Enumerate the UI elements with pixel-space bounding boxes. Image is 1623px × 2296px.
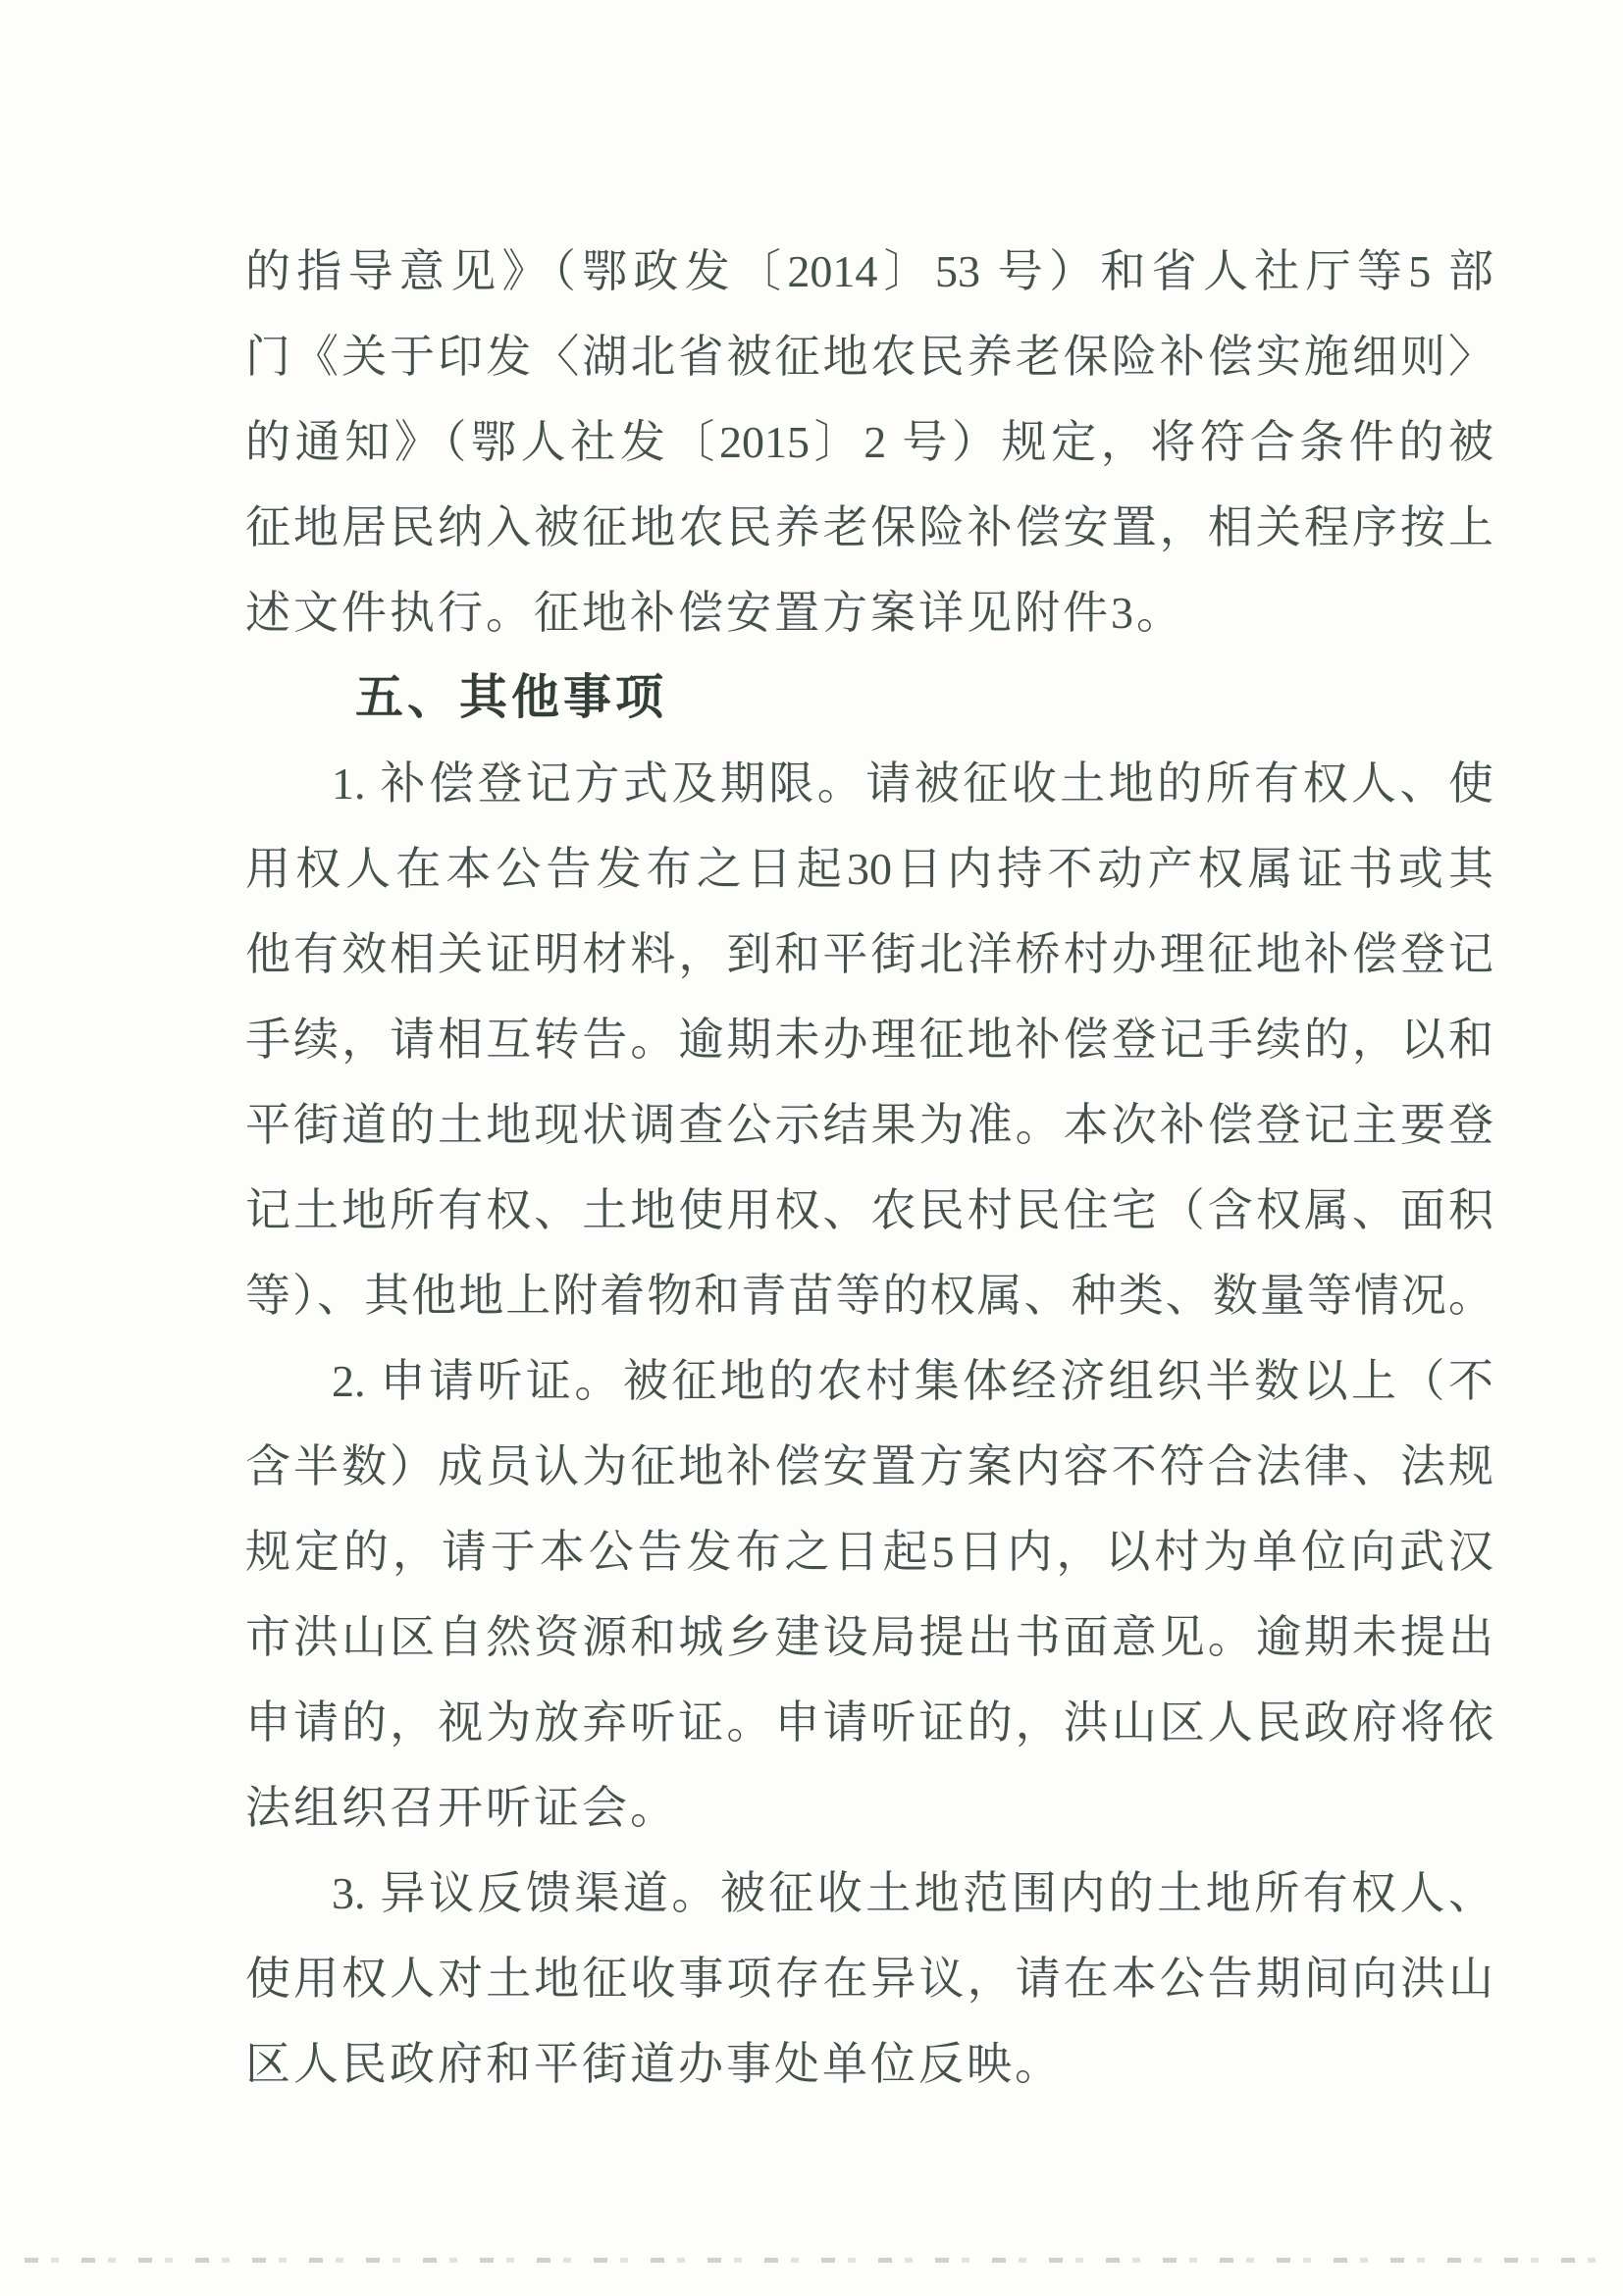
list-item-2-line: 含半数）成员认为征地补偿安置方案内容不符合法律、法规 <box>245 1424 1493 1509</box>
list-item-1-line: 等）、其他地上附着物和青苗等的权属、种类、数量等情况。 <box>245 1253 1493 1338</box>
list-item-2-line: 市洪山区自然资源和城乡建设局提出书面意见。逾期未提出 <box>245 1594 1493 1680</box>
text-line: 征地居民纳入被征地农民养老保险补偿安置，相关程序按上 <box>245 485 1493 570</box>
text-line: 述文件执行。征地补偿安置方案详见附件3。 <box>245 570 1493 655</box>
scan-artifact-line <box>25 2258 1598 2263</box>
document-body: 的指导意见》（鄂政发〔2014〕53 号）和省人社厅等5 部 门《关于印发〈湖北… <box>245 229 1493 2107</box>
text-line: 的通知》（鄂人社发〔2015〕2 号）规定，将符合条件的被 <box>245 399 1493 485</box>
list-item-3-line: 区人民政府和平街道办事处单位反映。 <box>245 2021 1493 2107</box>
text-line: 的指导意见》（鄂政发〔2014〕53 号）和省人社厅等5 部 <box>245 229 1493 314</box>
document-page: 的指导意见》（鄂政发〔2014〕53 号）和省人社厅等5 部 门《关于印发〈湖北… <box>0 0 1623 2296</box>
list-item-1-line: 用权人在本公告发布之日起30日内持不动产权属证书或其 <box>245 826 1493 912</box>
list-item-1-line: 1. 补偿登记方式及期限。请被征收土地的所有权人、使 <box>245 741 1493 826</box>
text-line: 门《关于印发〈湖北省被征地农民养老保险补偿实施细则〉 <box>245 314 1493 399</box>
list-item-1-line: 记土地所有权、土地使用权、农民村民住宅（含权属、面积 <box>245 1168 1493 1253</box>
list-item-3-line: 3. 异议反馈渠道。被征收土地范围内的土地所有权人、 <box>245 1851 1493 1936</box>
list-item-3-line: 使用权人对土地征收事项存在异议，请在本公告期间向洪山 <box>245 1936 1493 2021</box>
list-item-2-line: 2. 申请听证。被征地的农村集体经济组织半数以上（不 <box>245 1338 1493 1424</box>
list-item-2-line: 规定的，请于本公告发布之日起5日内，以村为单位向武汉 <box>245 1509 1493 1594</box>
list-item-1-line: 手续，请相互转告。逾期未办理征地补偿登记手续的，以和 <box>245 997 1493 1082</box>
list-item-2-line: 法组织召开听证会。 <box>245 1765 1493 1851</box>
list-item-2-line: 申请的，视为放弃听证。申请听证的，洪山区人民政府将依 <box>245 1680 1493 1765</box>
list-item-1-line: 平街道的土地现状调查公示结果为准。本次补偿登记主要登 <box>245 1082 1493 1168</box>
section-heading: 五、其他事项 <box>245 655 1493 741</box>
list-item-1-line: 他有效相关证明材料，到和平街北洋桥村办理征地补偿登记 <box>245 912 1493 997</box>
